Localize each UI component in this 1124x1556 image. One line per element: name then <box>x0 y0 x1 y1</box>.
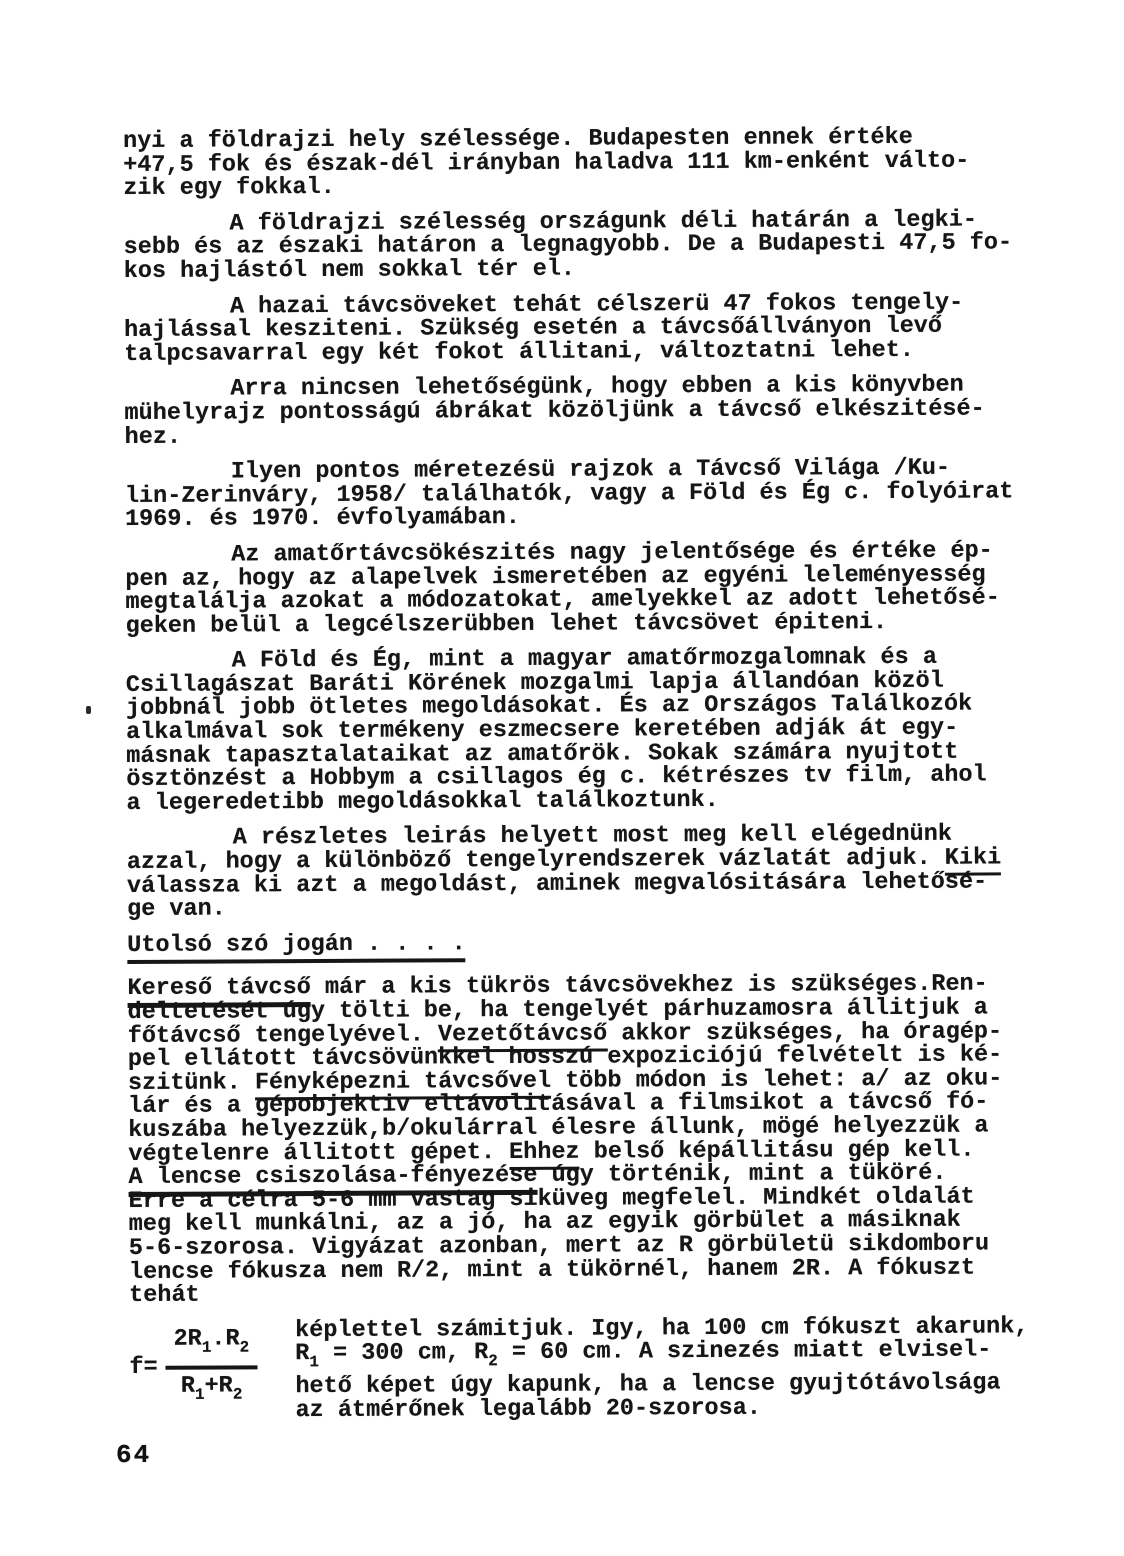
text-line: talpcsavarral egy két fokot állitani, vá… <box>124 338 1029 366</box>
subscript: 1 <box>309 1353 319 1371</box>
text-line: a legeredetibb megoldásokkal találkoztun… <box>126 787 1031 815</box>
text-segment: az átmérőnek legalább 20-szorosa. <box>295 1394 761 1423</box>
text-line: lin-Zerinváry, 1958/ találhatók, vagy a … <box>125 480 1030 508</box>
text-segment: 2R <box>173 1325 201 1352</box>
text-segment: R <box>295 1340 309 1367</box>
text-segment: zik egy fokkal. <box>123 174 335 202</box>
text-segment: válassza ki azt a megoldást, aminek megv… <box>127 868 987 900</box>
text-segment: ge van. <box>127 896 226 924</box>
text-line: geken belül a legcélszerübben lehet távc… <box>126 610 1031 638</box>
formula-lhs: f= <box>129 1356 157 1380</box>
text-line: +47,5 fok és észak-dél irányban haladva … <box>123 149 1028 177</box>
text-segment: R <box>181 1372 195 1399</box>
text-column: nyi a földrajzi hely szélessége. Budapes… <box>123 125 1035 1435</box>
text-line: kos hajlástól nem sokkal tér el. <box>124 255 1029 283</box>
paragraph: nyi a földrajzi hely szélessége. Budapes… <box>123 125 1028 201</box>
section-heading: Utolsó szó jogán . . . . <box>127 929 1032 957</box>
numerator: 2R1.R2 <box>165 1327 257 1369</box>
text-line: 1969. és 1970. évfolyamában. <box>125 504 1030 532</box>
paragraph: A földrajzi szélesség országunk déli hat… <box>123 208 1028 284</box>
text-segment: = 60 cm. A szinezés miatt elvisel- <box>498 1337 992 1367</box>
text-segment: a legeredetibb megoldásokkal találkoztun… <box>126 787 718 817</box>
paragraph: A részletes leirás helyett most meg kell… <box>127 823 1032 922</box>
underlined-text: Utolsó szó jogán . . . . <box>127 930 466 964</box>
subscript: 2 <box>233 1385 243 1403</box>
denominator: R1+R2 <box>166 1369 258 1407</box>
text-segment: talpcsavarral egy két fokot állitani, vá… <box>124 337 914 368</box>
text-line: sebb és az északi határon a legnagyobb. … <box>124 232 1029 260</box>
paragraph: Az amatőrtávcsökészités nagy jelentősége… <box>125 539 1030 638</box>
subscript: 2 <box>240 1338 250 1356</box>
heading-line: Utolsó szó jogán . . . . <box>127 929 1032 957</box>
text-segment: lencse fókusza nem R/2, mint a tükörnél,… <box>129 1254 975 1285</box>
paragraph: Arra nincsen lehetőségünk, hogy ebben a … <box>124 374 1029 450</box>
paragraph: A Föld és Ég, mint a magyar amatőrmozgal… <box>126 646 1032 816</box>
text-segment: geken belül a legcélszerübben lehet távc… <box>126 609 888 640</box>
formula-note: képlettel számitjuk. Igy, ha 100 cm fóku… <box>295 1315 1029 1422</box>
fraction: 2R1.R2R1+R2 <box>165 1327 257 1407</box>
document-page: nyi a földrajzi hely szélessége. Budapes… <box>0 0 1124 1556</box>
page-number: 64 <box>116 1440 151 1470</box>
subscript: 1 <box>202 1338 212 1356</box>
text-line: válassza ki azt a megoldást, aminek megv… <box>127 870 1032 898</box>
text-segment: +R <box>204 1372 232 1399</box>
text-segment: kos hajlástól nem sokkal tér el. <box>124 256 575 285</box>
text-segment: tehát <box>129 1282 200 1309</box>
formula-note-line: az átmérőnek legalább 20-szorosa. <box>295 1395 1028 1422</box>
text-line: zik egy fokkal. <box>123 172 1028 200</box>
text-segment: mühelyrajz pontosságú ábrákat közöljünk … <box>124 395 984 427</box>
scan-speck <box>86 706 91 714</box>
text-line: lencse fókusza nem R/2, mint a tükörnél,… <box>129 1256 1034 1284</box>
text-segment: 1969. és 1970. évfolyamában. <box>125 504 520 533</box>
paragraph: Ilyen pontos méretezésü rajzok a Távcső … <box>125 456 1030 532</box>
text-segment: = 300 cm, R <box>319 1339 488 1367</box>
text-line: mühelyrajz pontosságú ábrákat közöljünk … <box>124 397 1029 425</box>
paragraph: A hazai távcsöveket tehát célszerü 47 fo… <box>124 291 1029 367</box>
formula: f=2R1.R2R1+R2 <box>129 1319 257 1407</box>
formula-block: f=2R1.R2R1+R2képlettel számitjuk. Igy, h… <box>129 1315 1035 1423</box>
text-segment: hez. <box>125 423 182 450</box>
subscript: 1 <box>195 1385 205 1403</box>
paragraph: Kereső távcső már a kis tükrös távcsövek… <box>127 973 1034 1308</box>
text-segment: .R <box>211 1325 239 1352</box>
